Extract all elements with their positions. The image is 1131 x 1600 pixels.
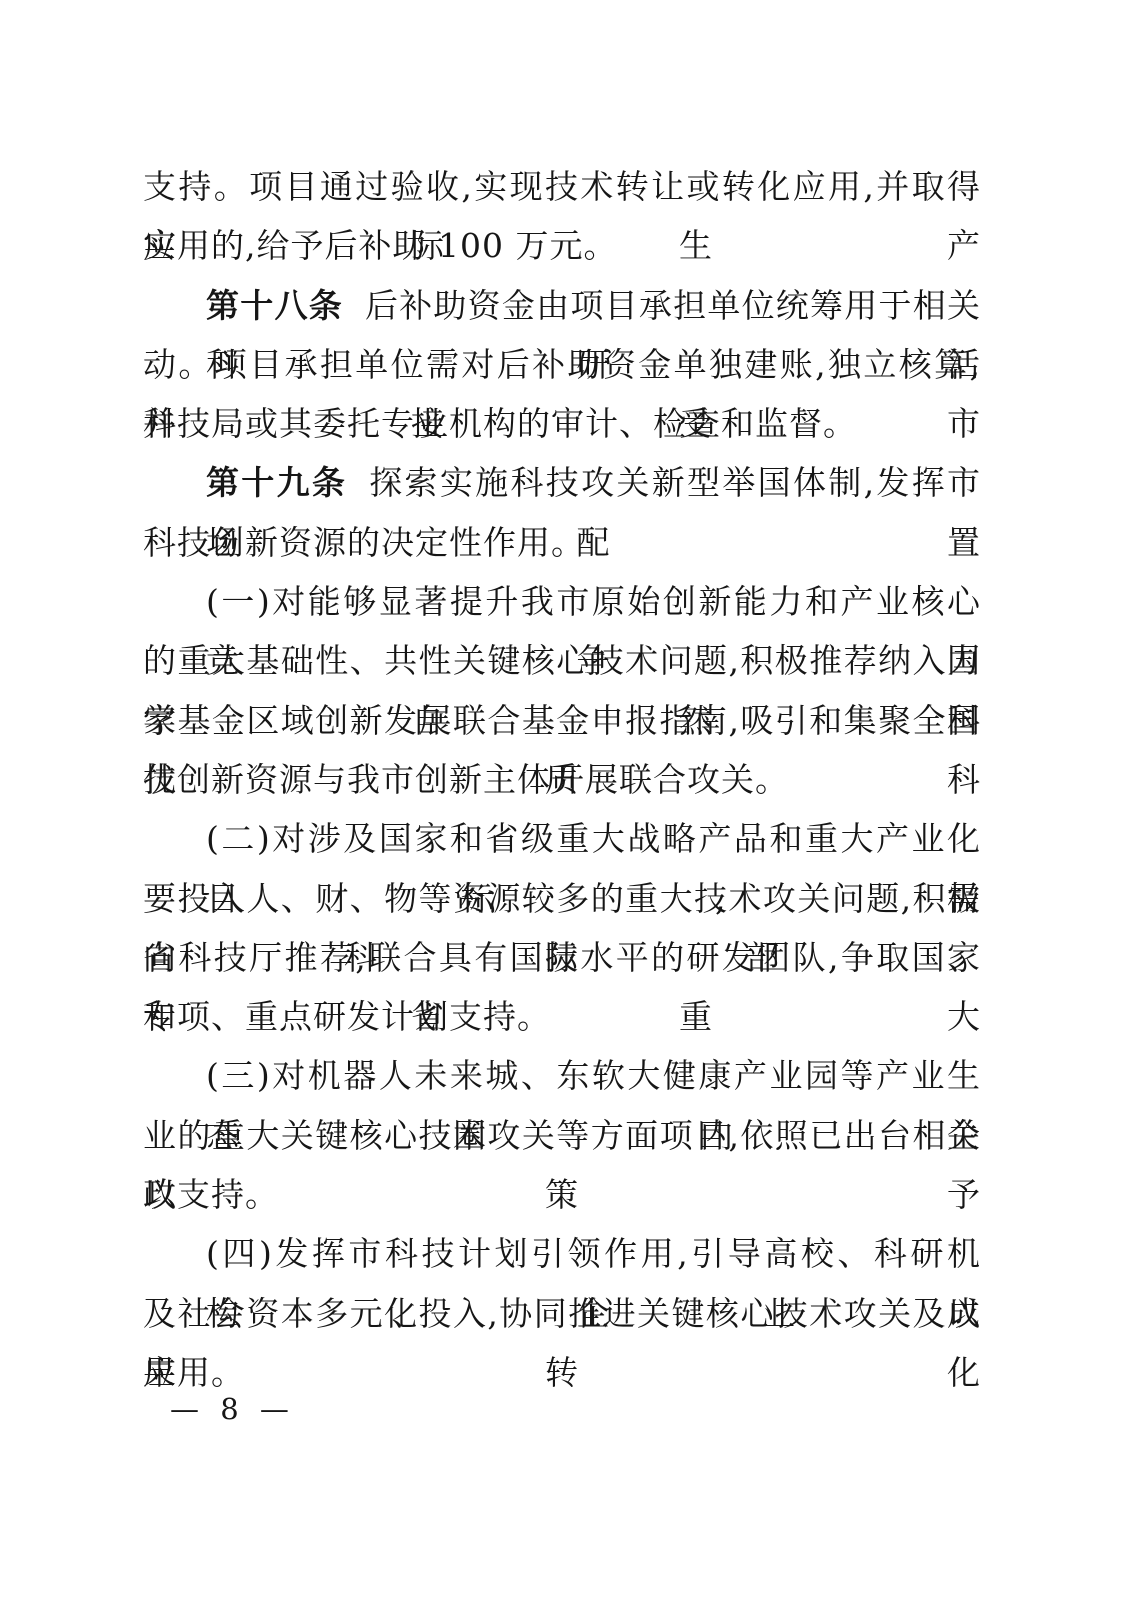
text-line: 业的重大关键核心技术攻关等方面项目,依照已出台相关政策予 <box>143 1106 981 1165</box>
text-line-article-19: 第十九条探索实施科技攻关新型举国体制,发挥市场配置 <box>143 453 981 512</box>
text-line: 省科技厅推荐,联合具有国际水平的研发团队,争取国家和省重大 <box>143 928 981 987</box>
text-line: 支持。项目通过验收,实现技术转让或转化应用,并取得实际生产 <box>143 157 981 216</box>
text-line: 动。项目承担单位需对后补助资金单独建账,独立核算,并接受市 <box>143 335 981 394</box>
article-18-heading: 第十八条 <box>206 286 343 325</box>
document-page: 支持。项目通过验收,实现技术转让或转化应用,并取得实际生产 应用的,给予后补助 … <box>0 0 1131 1600</box>
text-line: 学基金区域创新发展联合基金申报指南,吸引和集聚全国优质科 <box>143 691 981 750</box>
text-line: 科技局或其委托专业机构的审计、检查和监督。 <box>143 394 981 453</box>
document-body: 支持。项目通过验收,实现技术转让或转化应用,并取得实际生产 应用的,给予后补助 … <box>143 157 981 1402</box>
text-line: 及社会资本多元化投入,协同推进关键核心技术攻关及成果转化 <box>143 1284 981 1343</box>
article-19-heading: 第十九条 <box>206 463 347 502</box>
text-line-item-1: (一)对能够显著提升我市原始创新能力和产业核心竞争力 <box>143 572 981 631</box>
text-line: 的重大基础性、共性关键核心技术问题,积极推荐纳入国家自然科 <box>143 631 981 690</box>
page-number: — 8 — <box>170 1392 295 1426</box>
text-line-item-2: (二)对涉及国家和省级重大战略产品和重大产业化目标,需 <box>143 809 981 868</box>
text-line: 要投入人、财、物等资源较多的重大技术攻关问题,积极向科技部、 <box>143 869 981 928</box>
text-line-article-18: 第十八条后补助资金由项目承担单位统筹用于相关科研活 <box>143 276 981 335</box>
text-line-item-4: (四)发挥市科技计划引领作用,引导高校、科研机构、企业以 <box>143 1224 981 1283</box>
text-line-item-3: (三)对机器人未来城、东软大健康产业园等产业生态圈内企 <box>143 1046 981 1105</box>
